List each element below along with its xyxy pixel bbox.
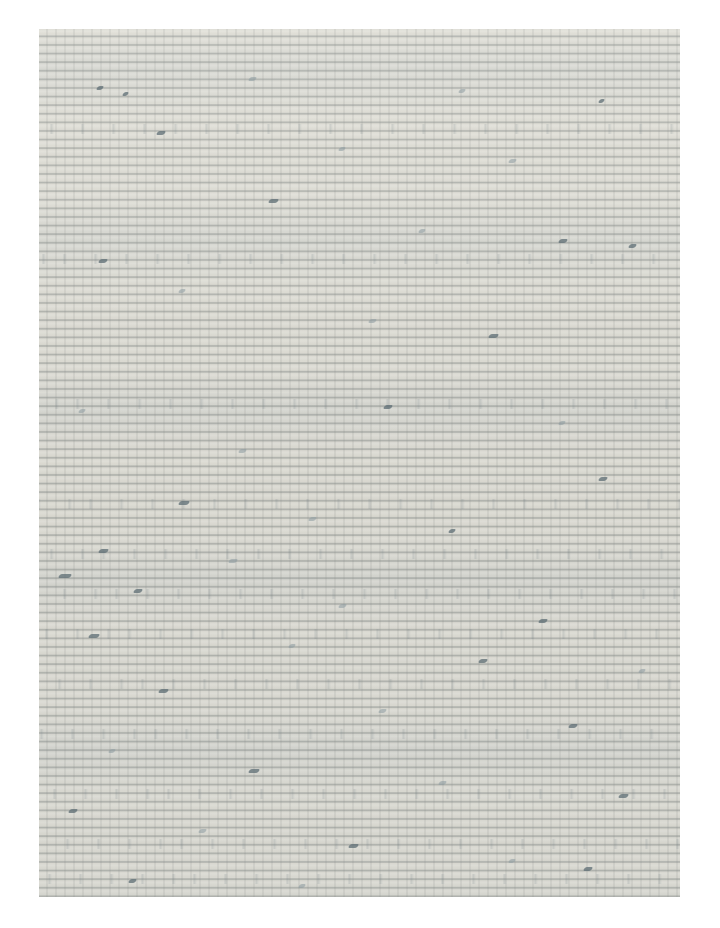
yarn-fleck [58, 574, 73, 578]
yarn-fleck [508, 859, 517, 863]
yarn-fleck [122, 92, 130, 96]
yarn-fleck [488, 334, 500, 338]
yarn-fleck [108, 749, 117, 753]
speckle-band [39, 254, 680, 264]
yarn-fleck [558, 239, 569, 243]
yarn-fleck [156, 131, 167, 135]
yarn-fleck [418, 229, 427, 233]
yarn-fleck [338, 147, 347, 151]
yarn-fleck [248, 77, 258, 81]
speckle-band [39, 629, 680, 639]
yarn-fleck [268, 199, 280, 203]
yarn-fleck [568, 724, 579, 728]
yarn-fleck [238, 449, 248, 453]
speckle-band [39, 124, 680, 134]
yarn-fleck [308, 517, 318, 521]
speckle-band [39, 789, 680, 799]
speckle-band [39, 679, 680, 689]
yarn-fleck [68, 809, 79, 813]
yarn-fleck [228, 559, 239, 563]
yarn-fleck [458, 89, 467, 93]
yarn-fleck [78, 409, 87, 413]
yarn-fleck [538, 619, 549, 623]
yarn-fleck [478, 659, 489, 663]
yarn-fleck [158, 689, 170, 693]
rug-lighting-overlay [39, 29, 680, 897]
yarn-fleck [338, 604, 348, 608]
yarn-fleck [288, 644, 297, 648]
yarn-fleck [198, 829, 208, 833]
speckle-band [39, 839, 680, 849]
rug-texture-swatch [39, 29, 680, 897]
yarn-fleck [558, 421, 567, 425]
yarn-fleck [598, 477, 609, 481]
yarn-fleck [96, 86, 105, 90]
yarn-fleck [368, 319, 378, 323]
yarn-fleck [598, 99, 606, 103]
speckle-band [39, 499, 680, 509]
yarn-fleck [248, 769, 261, 773]
yarn-fleck [508, 159, 518, 163]
product-image-canvas [0, 0, 720, 928]
yarn-fleck [448, 529, 457, 533]
yarn-fleck [583, 867, 594, 871]
yarn-fleck [298, 884, 307, 888]
yarn-fleck [178, 289, 187, 293]
yarn-fleck [378, 709, 388, 713]
speckle-band [39, 729, 680, 739]
speckle-band [39, 399, 680, 409]
speckle-band [39, 549, 680, 559]
yarn-fleck [638, 669, 647, 673]
yarn-fleck [628, 244, 638, 248]
yarn-fleck [438, 781, 448, 785]
